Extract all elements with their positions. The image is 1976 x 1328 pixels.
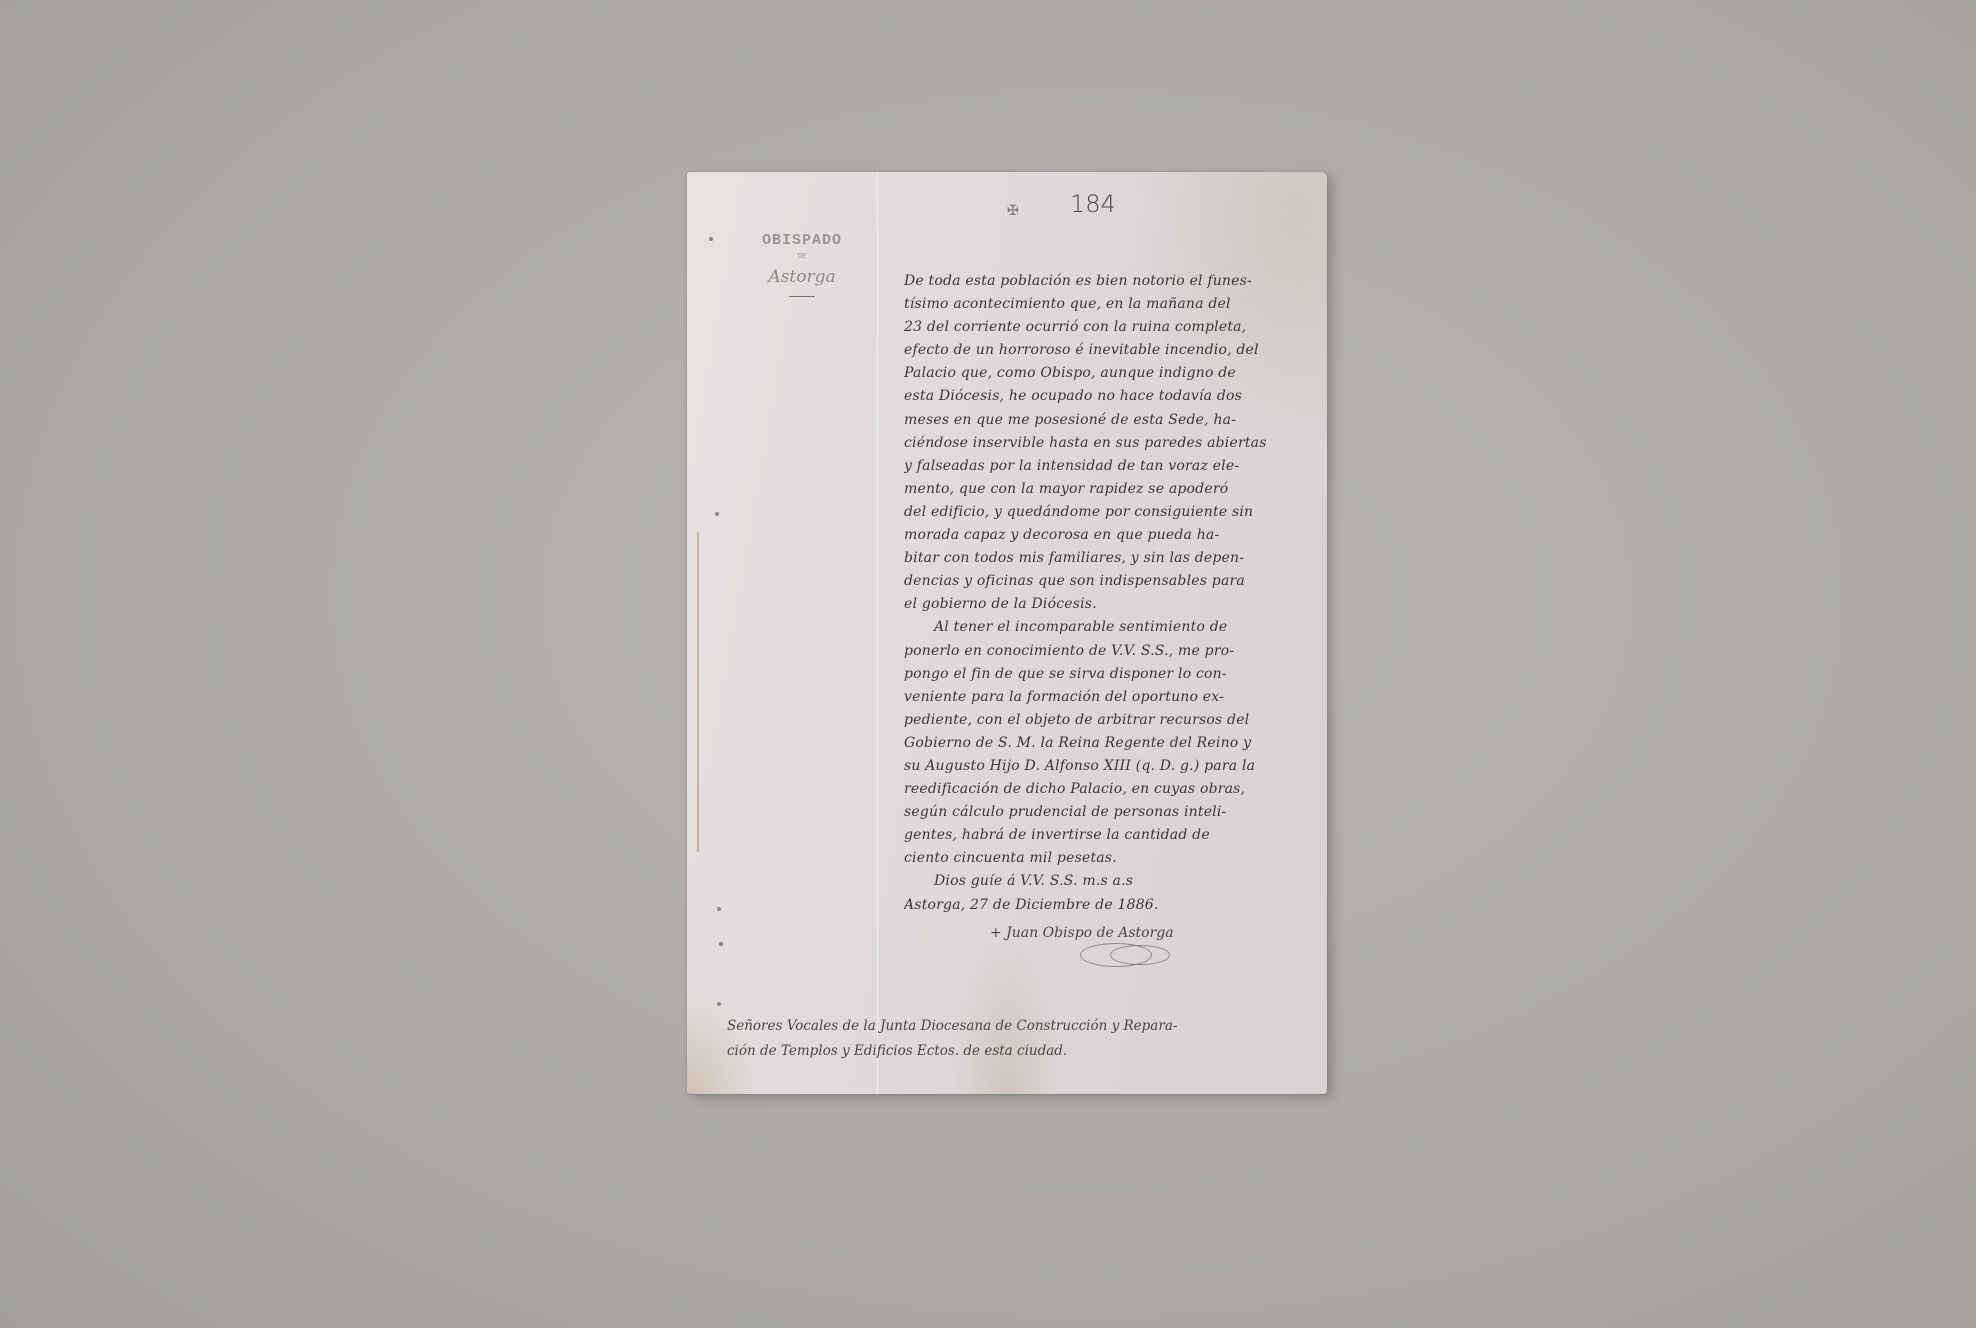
text-line: efecto de un horroroso é inevitable ince… [904,339,1309,362]
signature-rubric [1110,945,1170,965]
text-line: reedificación de dicho Palacio, en cuyas… [904,778,1309,801]
addressee-line: ción de Templos y Edificios Ectos. de es… [727,1039,1312,1064]
text-line: su Augusto Hijo D. Alfonso XIII (q. D. g… [904,755,1309,778]
letter-body: De toda esta población es bien notorio e… [904,270,1309,917]
text-line: el gobierno de la Diócesis. [904,593,1309,616]
text-line: 23 del corriente ocurrió con la ruina co… [904,316,1309,339]
text-line: esta Diócesis, he ocupado no hace todaví… [904,385,1309,408]
text-line: bitar con todos mis familiares, y sin la… [904,547,1309,570]
binding-hole [717,907,721,911]
text-line: según cálculo prudencial de personas int… [904,801,1309,824]
closing-line: Dios guíe á V.V. S.S. m.s a.s [904,870,1309,893]
binding-edge [697,532,699,852]
fold-line [877,172,878,1094]
text-line: Palacio que, como Obispo, aunque indigno… [904,362,1309,385]
letterhead-preposition: DE [727,253,877,261]
text-line: ponerlo en conocimiento de V.V. S.S., me… [904,640,1309,663]
letterhead: OBISPADO DE Astorga [727,232,877,297]
text-line: del edificio, y quedándome por consiguie… [904,501,1309,524]
letterhead-rule [789,296,815,297]
date-line: Astorga, 27 de Diciembre de 1886. [904,894,1309,917]
cross-mark: ✠ [1007,203,1019,220]
text-line: mento, que con la mayor rapidez se apode… [904,478,1309,501]
text-line: pediente, con el objeto de arbitrar recu… [904,709,1309,732]
text-line: De toda esta población es bien notorio e… [904,270,1309,293]
manuscript-page: ✠ 184 OBISPADO DE Astorga De toda esta p… [687,172,1327,1094]
text-line: pongo el fin de que se sirva disponer lo… [904,663,1309,686]
text-line: Al tener el incomparable sentimiento de [904,616,1309,639]
text-line: ciéndose inservible hasta en sus paredes… [904,432,1309,455]
text-line: dencias y oficinas que son indispensable… [904,570,1309,593]
signature: + Juan Obispo de Astorga [990,925,1250,941]
text-line: veniente para la formación del oportuno … [904,686,1309,709]
binding-hole [717,1002,721,1006]
text-line: Gobierno de S. M. la Reina Regente del R… [904,732,1309,755]
text-line: gentes, habrá de invertirse la cantidad … [904,824,1309,847]
addressee-block: Señores Vocales de la Junta Diocesana de… [727,1014,1312,1064]
signature-text: + Juan Obispo de Astorga [990,925,1174,941]
text-line: meses en que me posesioné de esta Sede, … [904,409,1309,432]
text-line: morada capaz y decorosa en que pueda ha- [904,524,1309,547]
binding-hole [715,512,719,516]
addressee-line: Señores Vocales de la Junta Diocesana de… [727,1014,1312,1039]
text-line: ciento cincuenta mil pesetas. [904,847,1309,870]
binding-hole [719,942,723,946]
letterhead-city: Astorga [727,267,877,287]
binding-hole [709,237,713,241]
text-line: y falseadas por la intensidad de tan vor… [904,455,1309,478]
page-number: 184 [1070,190,1116,218]
letterhead-title: OBISPADO [727,232,877,249]
text-line: tísimo acontecimiento que, en la mañana … [904,293,1309,316]
